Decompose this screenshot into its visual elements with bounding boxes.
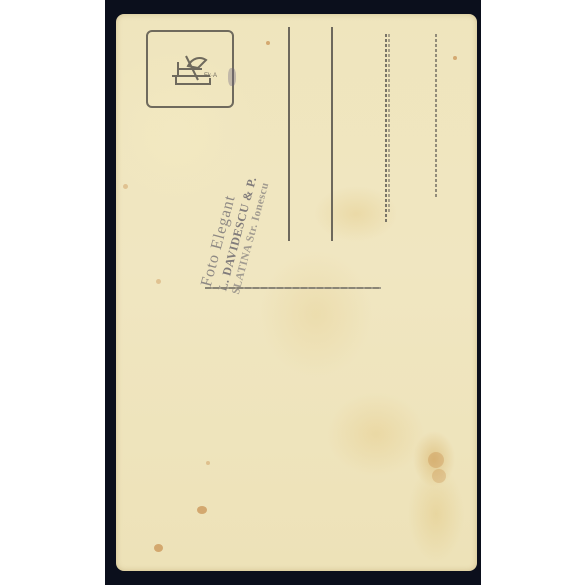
foxing-spot [156,279,161,284]
foxing-spot [432,469,446,483]
svg-text:Ek·A: Ek·A [204,73,217,79]
divider-line [288,27,290,241]
photographer-stamp: Foto Elegant L. DAVIDESCU & P. SLATINA S… [198,170,272,295]
photographer-monogram-icon: Ek·A [148,32,232,106]
horizontal-divider [205,287,381,289]
photographer-logo-box: Ek·A [146,30,234,108]
stamp-box-line [385,34,387,224]
postcard-back: Ek·A Foto Elegant L. DAVIDESCU & P. SLAT… [116,14,477,571]
foxing-spot [266,41,270,45]
stamp-box-line [435,34,437,199]
stamp-box-line [388,34,390,214]
foxing-spot [206,461,210,465]
foxing-spot [428,452,444,468]
foxing-spot [154,544,163,552]
foxing-spot [123,184,128,189]
address-line [331,27,333,241]
ink-smudge [228,68,236,86]
foxing-spot [453,56,457,60]
foxing-spot [197,506,207,514]
